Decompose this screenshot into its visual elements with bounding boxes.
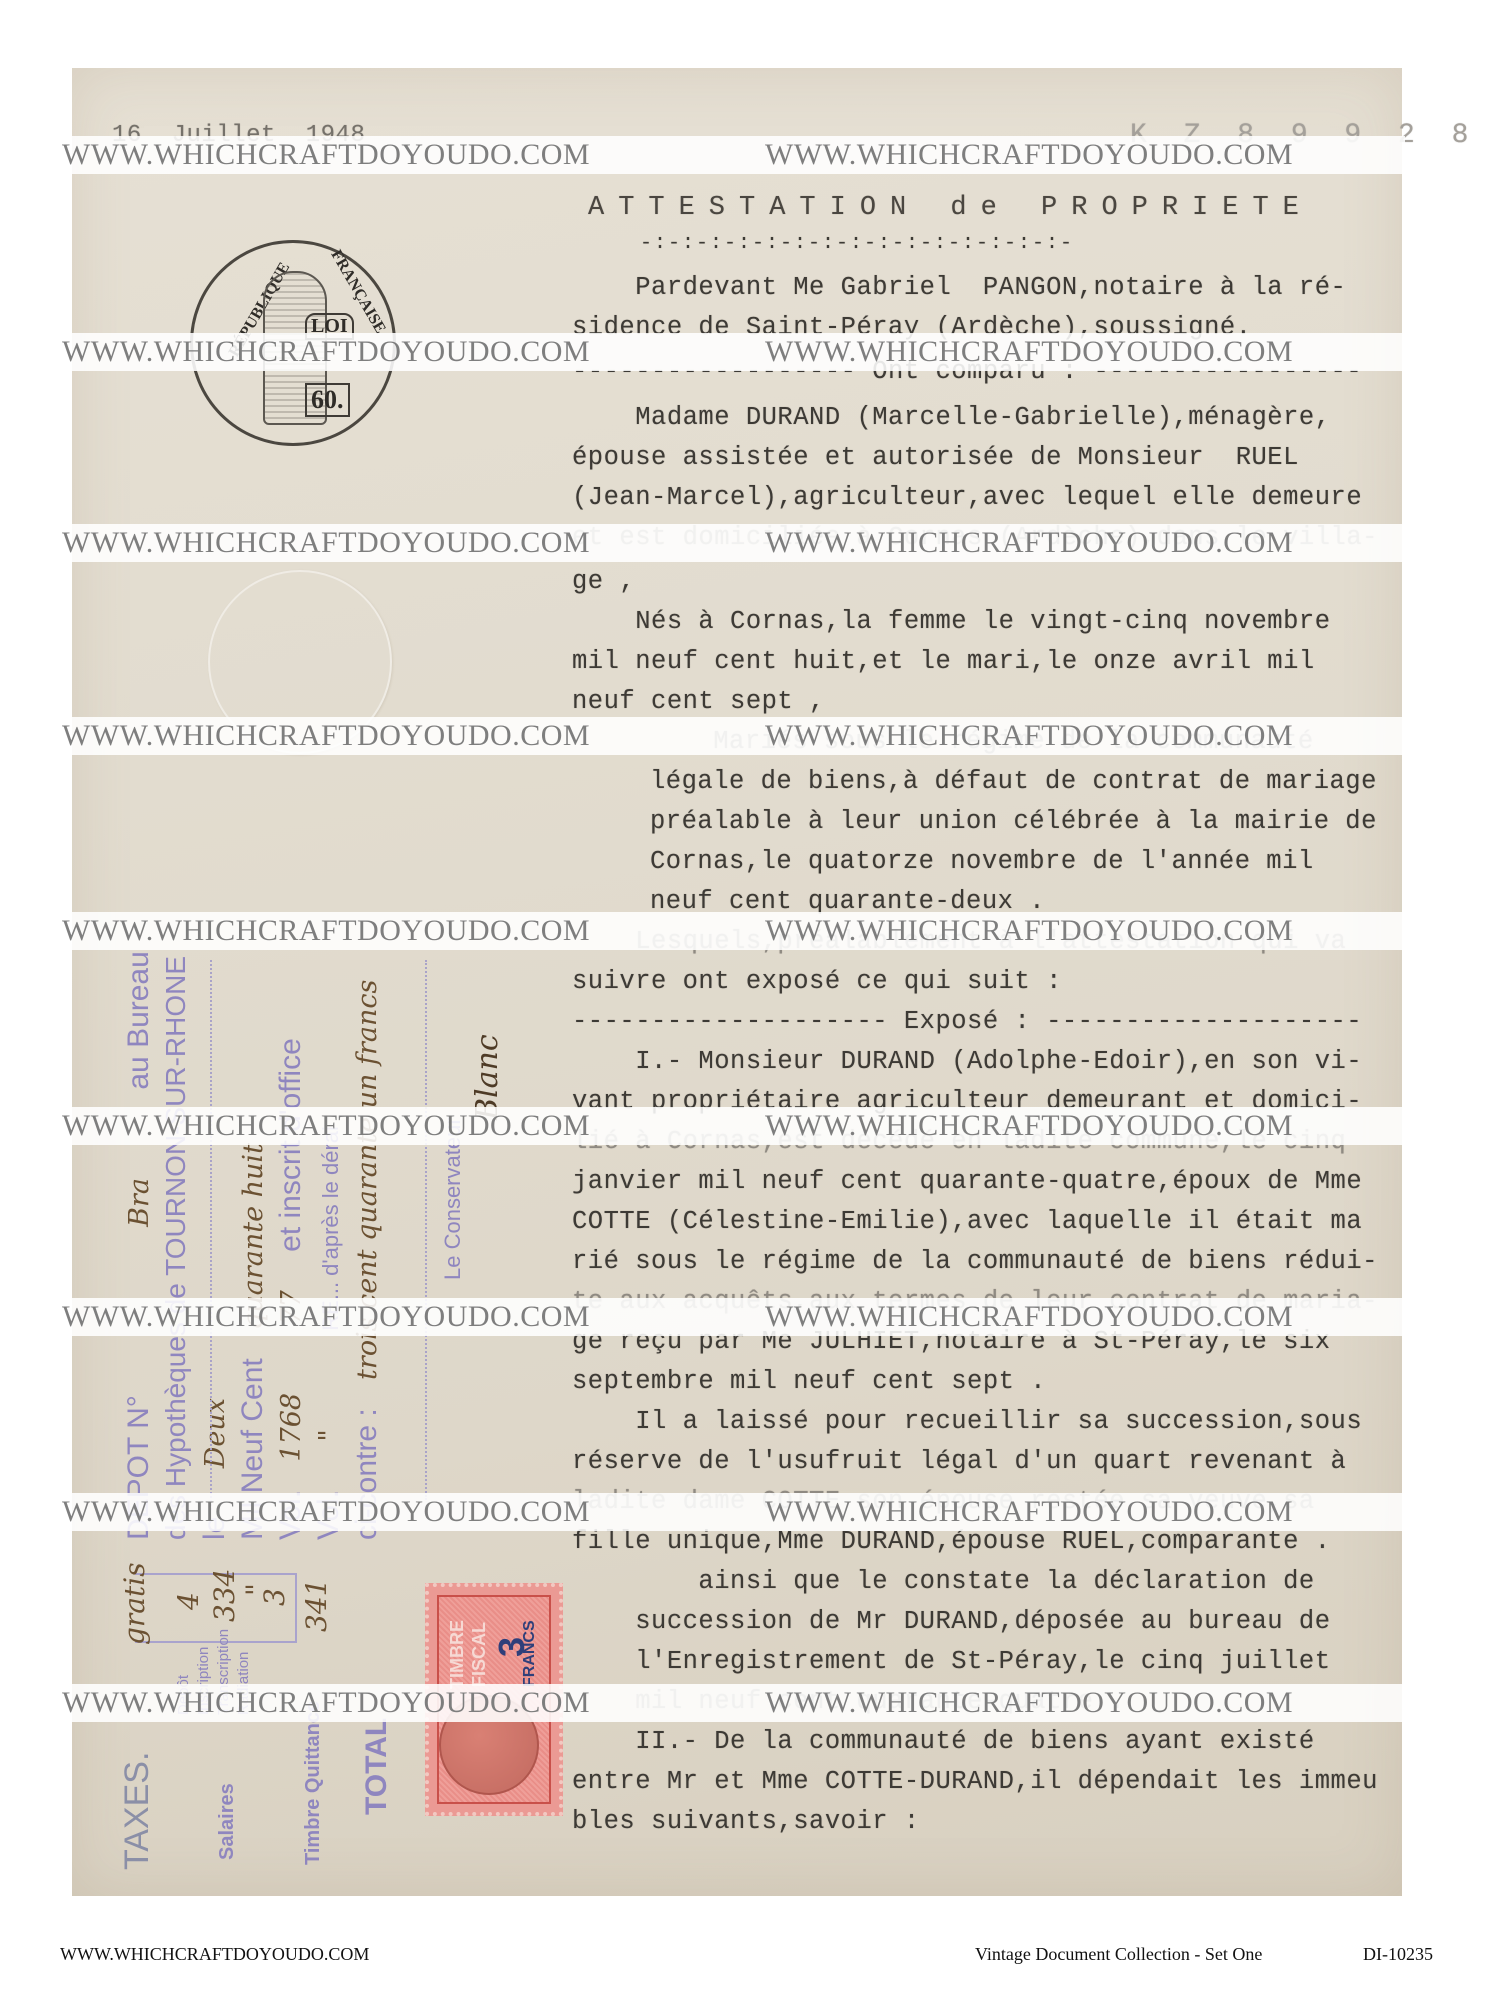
stamp-vol-2: " <box>314 1429 345 1441</box>
body-line: ainsi que le constate la déclaration de <box>572 1567 1315 1596</box>
tax-value-2: 334 <box>208 1569 241 1622</box>
watermark-text: WWW.WHICHCRAFTDOYOUDO.COM <box>765 524 1293 562</box>
body-line: Madame DURAND (Marcelle-Gabrielle),ménag… <box>572 403 1331 432</box>
body-line: légale de biens,à défaut de contrat de m… <box>650 767 1377 796</box>
document-title: ATTESTATION de PROPRIETE <box>588 193 1313 223</box>
body-line: Cornas,le quatorze novembre de l'année m… <box>650 847 1314 876</box>
body-line: Nés à Cornas,la femme le vingt-cinq nove… <box>572 607 1331 636</box>
body-line: suivre ont exposé ce qui suit : <box>572 967 1062 996</box>
timbre-quittance-label: Timbre Quittance <box>302 1701 325 1865</box>
tax-value-1: 4 <box>172 1592 205 1610</box>
stamp-depot-line: DÉPOT N° Bra au Bureau <box>122 951 156 1540</box>
body-line: épouse assistée et autorisée de Monsieur… <box>572 443 1299 472</box>
stamp-vol-1: 1768 <box>276 1393 307 1462</box>
body-line: Pardevant Me Gabriel PANGON,notaire à la… <box>572 273 1346 302</box>
body-line: (Jean-Marcel),agriculteur,avec lequel el… <box>572 483 1362 512</box>
stamp-inscrit-label: et inscrit d'office <box>274 1038 307 1252</box>
body-line: Il a laissé pour recueillir sa successio… <box>572 1407 1362 1436</box>
watermark-text: WWW.WHICHCRAFTDOYOUDO.COM <box>62 1298 590 1336</box>
watermark-text: WWW.WHICHCRAFTDOYOUDO.COM <box>62 1493 590 1531</box>
watermark-text: WWW.WHICHCRAFTDOYOUDO.COM <box>765 1298 1293 1336</box>
fiscal-line-1: TIMBRE <box>447 1620 468 1689</box>
watermark-text: WWW.WHICHCRAFTDOYOUDO.COM <box>62 717 590 755</box>
stamp-hypotheques-line: des Hypothèques de TOURNON-SUR-RHONE <box>160 956 192 1540</box>
title-ornament: -:-:-:-:-:-:-:-:-:-:-:-:-:-:-:- <box>640 232 1074 255</box>
watermark-text: WWW.WHICHCRAFTDOYOUDO.COM <box>62 1684 590 1722</box>
body-line: fille unique,Mme DURAND,épouse RUEL,comp… <box>572 1527 1331 1556</box>
tax-total-value: 341 <box>300 1579 333 1632</box>
body-line: entre Mr et Mme COTTE-DURAND,il dépendai… <box>572 1767 1378 1796</box>
body-line: II.- De la communauté de biens ayant exi… <box>572 1727 1315 1756</box>
footer-id: DI-10235 <box>1363 1944 1433 1965</box>
stamp-bureau-label: au Bureau <box>122 951 155 1089</box>
stamp-year-line: Mil Neuf Cent quarante huit <box>236 1143 270 1540</box>
body-line: réserve de l'usufruit légal d'un quart r… <box>572 1447 1346 1476</box>
fiscal-currency: FRANCS <box>521 1620 539 1687</box>
watermark-text: WWW.WHICHCRAFTDOYOUDO.COM <box>765 333 1293 371</box>
stamp-day: Deux <box>200 1398 231 1468</box>
taxes-status: gratis <box>118 1562 151 1645</box>
watermark-text: WWW.WHICHCRAFTDOYOUDO.COM <box>765 912 1293 950</box>
seal-value: 60. <box>305 383 350 417</box>
watermark-text: WWW.WHICHCRAFTDOYOUDO.COM <box>62 333 590 371</box>
body-line: bles suivants,savoir : <box>572 1807 920 1836</box>
watermark-text: WWW.WHICHCRAFTDOYOUDO.COM <box>765 1684 1293 1722</box>
body-line: septembre mil neuf cent sept . <box>572 1367 1046 1396</box>
watermark-text: WWW.WHICHCRAFTDOYOUDO.COM <box>62 912 590 950</box>
watermark-text: WWW.WHICHCRAFTDOYOUDO.COM <box>62 136 590 174</box>
body-line: l'Enregistrement de St-Péray,le cinq jui… <box>572 1647 1331 1676</box>
stamp-depot-number: Bra <box>124 1178 155 1227</box>
tax-value-4: 3 <box>258 1588 291 1606</box>
body-line: préalable à leur union célébrée à la mai… <box>650 807 1377 836</box>
body-line: neuf cent sept , <box>572 687 825 716</box>
watermark-text: WWW.WHICHCRAFTDOYOUDO.COM <box>62 1107 590 1145</box>
body-line: -------------------- Exposé : ----------… <box>572 1007 1362 1036</box>
watermark-text: WWW.WHICHCRAFTDOYOUDO.COM <box>765 1107 1293 1145</box>
footer-site: WWW.WHICHCRAFTDOYOUDO.COM <box>60 1944 369 1965</box>
watermark-text: WWW.WHICHCRAFTDOYOUDO.COM <box>765 1493 1293 1531</box>
watermark-text: WWW.WHICHCRAFTDOYOUDO.COM <box>62 524 590 562</box>
total-label: TOTAL <box>360 1718 394 1815</box>
salaires-label: Salaires <box>216 1783 239 1860</box>
taxes-label: TAXES. <box>118 1752 157 1870</box>
stamp-total-line: ci-contre : trois cent quarante un franc… <box>350 980 384 1540</box>
footer-collection: Vintage Document Collection - Set One <box>975 1944 1262 1965</box>
body-line: succession de Mr DURAND,déposée au burea… <box>572 1607 1331 1636</box>
body-line: COTTE (Célestine-Emilie),avec laquelle i… <box>572 1207 1362 1236</box>
body-line: ge , <box>572 567 635 596</box>
body-line: mil neuf cent huit,et le mari,le onze av… <box>572 647 1315 676</box>
stamp-divider-2 <box>425 960 427 1500</box>
body-line: rié sous le régime de la communauté de b… <box>572 1247 1378 1276</box>
watermark-text: WWW.WHICHCRAFTDOYOUDO.COM <box>765 717 1293 755</box>
body-line: I.- Monsieur DURAND (Adolphe-Edoir),en s… <box>572 1047 1362 1076</box>
watermark-text: WWW.WHICHCRAFTDOYOUDO.COM <box>765 136 1293 174</box>
fiscal-line-2: FISCAL <box>469 1622 490 1687</box>
stamp-divider <box>210 960 212 1510</box>
body-line: janvier mil neuf cent quarante-quatre,ép… <box>572 1167 1362 1196</box>
